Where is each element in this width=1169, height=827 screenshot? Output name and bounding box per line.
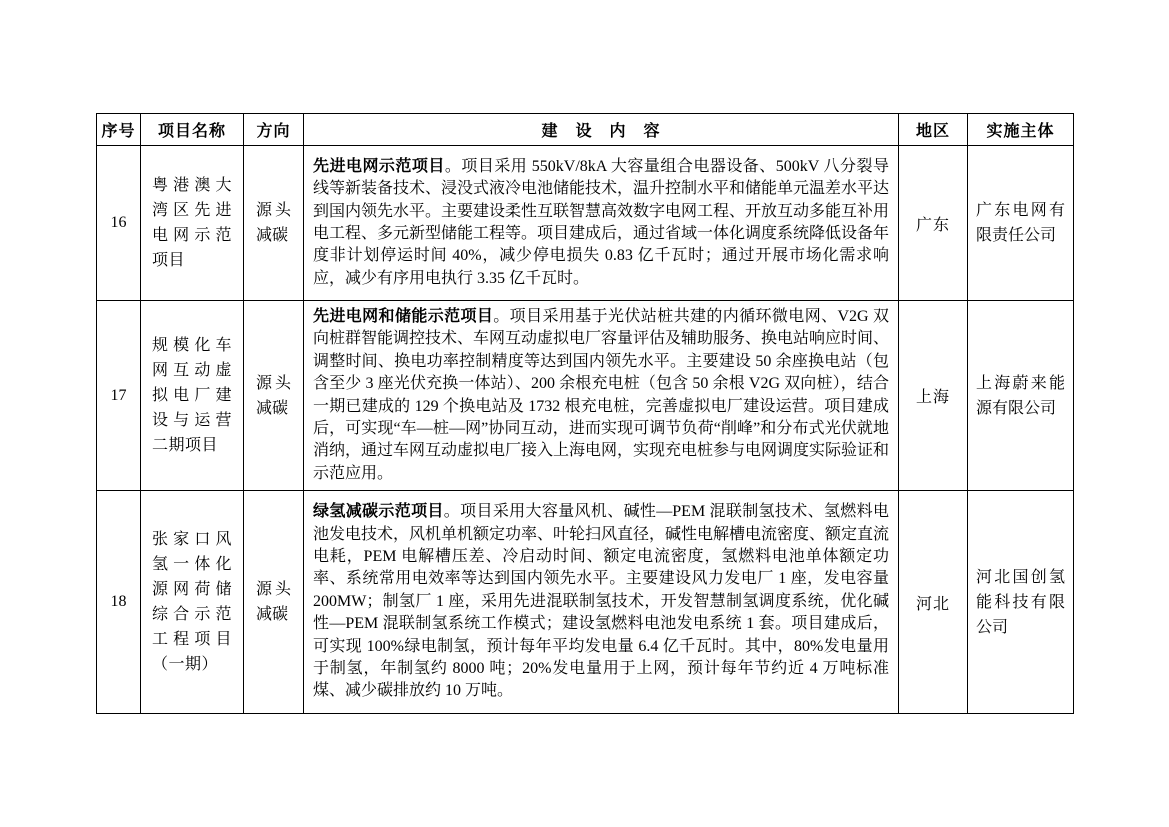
document-page: 序号 项目名称 方向 建 设 内 容 地区 实施主体 16 粤港澳大湾区先进电网… xyxy=(0,0,1169,827)
header-region: 地区 xyxy=(899,114,968,146)
cell-construction-content: 先进电网示范项目。项目采用 550kV/8kA 大容量组合电器设备、500kV … xyxy=(304,146,899,301)
header-content: 建 设 内 容 xyxy=(304,114,899,146)
header-no: 序号 xyxy=(97,114,141,146)
cell-construction-content: 绿氢减碳示范项目。项目采用大容量风机、碱性—PEM 混联制氢技术、氢燃料电池发电… xyxy=(304,491,899,714)
content-body-text: 。项目采用大容量风机、碱性—PEM 混联制氢技术、氢燃料电池发电技术，风机单机额… xyxy=(313,503,889,699)
cell-direction: 源头减碳 xyxy=(244,491,304,714)
cell-serial-number: 17 xyxy=(97,301,141,491)
cell-project-name: 规模化车网互动虚拟电厂建设与运营二期项目 xyxy=(141,301,244,491)
cell-region: 广东 xyxy=(899,146,968,301)
cell-construction-content: 先进电网和储能示范项目。项目采用基于光伏站桩共建的内循环微电网、V2G 双向桩群… xyxy=(304,301,899,491)
cell-project-name: 张家口风氢一体化源网荷储综合示范工程项目（一期） xyxy=(141,491,244,714)
cell-region: 河北 xyxy=(899,491,968,714)
cell-project-name: 粤港澳大湾区先进电网示范项目 xyxy=(141,146,244,301)
header-entity: 实施主体 xyxy=(968,114,1074,146)
content-lead-title: 先进电网示范项目 xyxy=(313,158,445,175)
header-project-name: 项目名称 xyxy=(141,114,244,146)
table-row: 18 张家口风氢一体化源网荷储综合示范工程项目（一期） 源头减碳 绿氢减碳示范项… xyxy=(97,491,1074,714)
header-direction: 方向 xyxy=(244,114,304,146)
content-body-text: 。项目采用 550kV/8kA 大容量组合电器设备、500kV 八分裂导线等新装… xyxy=(313,158,889,287)
cell-serial-number: 16 xyxy=(97,146,141,301)
table-header-row: 序号 项目名称 方向 建 设 内 容 地区 实施主体 xyxy=(97,114,1074,146)
cell-entity: 河北国创氢能科技有限公司 xyxy=(968,491,1074,714)
cell-serial-number: 18 xyxy=(97,491,141,714)
content-lead-title: 绿氢减碳示范项目 xyxy=(313,503,444,520)
projects-table: 序号 项目名称 方向 建 设 内 容 地区 实施主体 16 粤港澳大湾区先进电网… xyxy=(96,113,1074,714)
content-lead-title: 先进电网和储能示范项目 xyxy=(313,308,493,325)
cell-entity: 广东电网有限责任公司 xyxy=(968,146,1074,301)
content-body-text: 。项目采用基于光伏站桩共建的内循环微电网、V2G 双向桩群智能调控技术、车网互动… xyxy=(313,308,889,482)
cell-direction: 源头减碳 xyxy=(244,301,304,491)
cell-entity: 上海蔚来能源有限公司 xyxy=(968,301,1074,491)
cell-direction: 源头减碳 xyxy=(244,146,304,301)
cell-region: 上海 xyxy=(899,301,968,491)
table-row: 16 粤港澳大湾区先进电网示范项目 源头减碳 先进电网示范项目。项目采用 550… xyxy=(97,146,1074,301)
table-row: 17 规模化车网互动虚拟电厂建设与运营二期项目 源头减碳 先进电网和储能示范项目… xyxy=(97,301,1074,491)
